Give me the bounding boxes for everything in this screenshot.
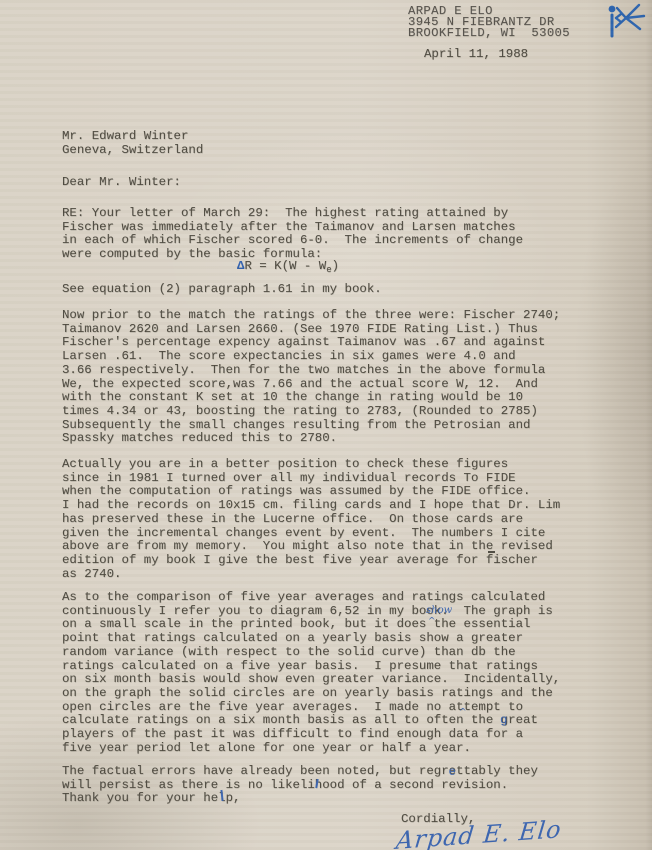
paragraph-re: RE: Your letter of March 29: The highest… bbox=[62, 207, 523, 262]
person-star-icon bbox=[599, 2, 652, 54]
letterhead-address-line2: BROOKFIELD, WI 53005 bbox=[408, 28, 570, 39]
caret-show-icon: ^ bbox=[428, 617, 436, 627]
letter-page: ARPAD E ELO 3945 N FIEBRANTZ DR BROOKFIE… bbox=[0, 0, 652, 850]
date: April 11, 1988 bbox=[424, 48, 528, 62]
fischer-overline-mark bbox=[488, 551, 495, 553]
g-correction-ink: g bbox=[500, 713, 507, 727]
formula: ΔR = K(W - We) bbox=[237, 260, 339, 278]
formula-close: ) bbox=[332, 259, 339, 273]
paragraph-records: Actually you are in a better position to… bbox=[62, 458, 560, 581]
see-note: See equation (2) paragraph 1.61 in my bo… bbox=[62, 283, 382, 297]
handwritten-insert-show: show bbox=[426, 605, 452, 616]
paragraph-errors: The factual errors have already been not… bbox=[62, 765, 538, 806]
paragraph-ratings: Now prior to the match the ratings of th… bbox=[62, 309, 560, 446]
recipient-line2: Geneva, Switzerland bbox=[62, 144, 203, 158]
caret-often-icon: ^ bbox=[459, 708, 467, 718]
formula-body: R = K(W - W bbox=[244, 259, 326, 273]
e-correction-ink: e bbox=[449, 765, 456, 779]
salutation: Dear Mr. Winter: bbox=[62, 176, 181, 190]
paragraph-comparison: As to the comparison of five year averag… bbox=[62, 591, 560, 755]
recipient-line1: Mr. Edward Winter bbox=[62, 130, 188, 144]
